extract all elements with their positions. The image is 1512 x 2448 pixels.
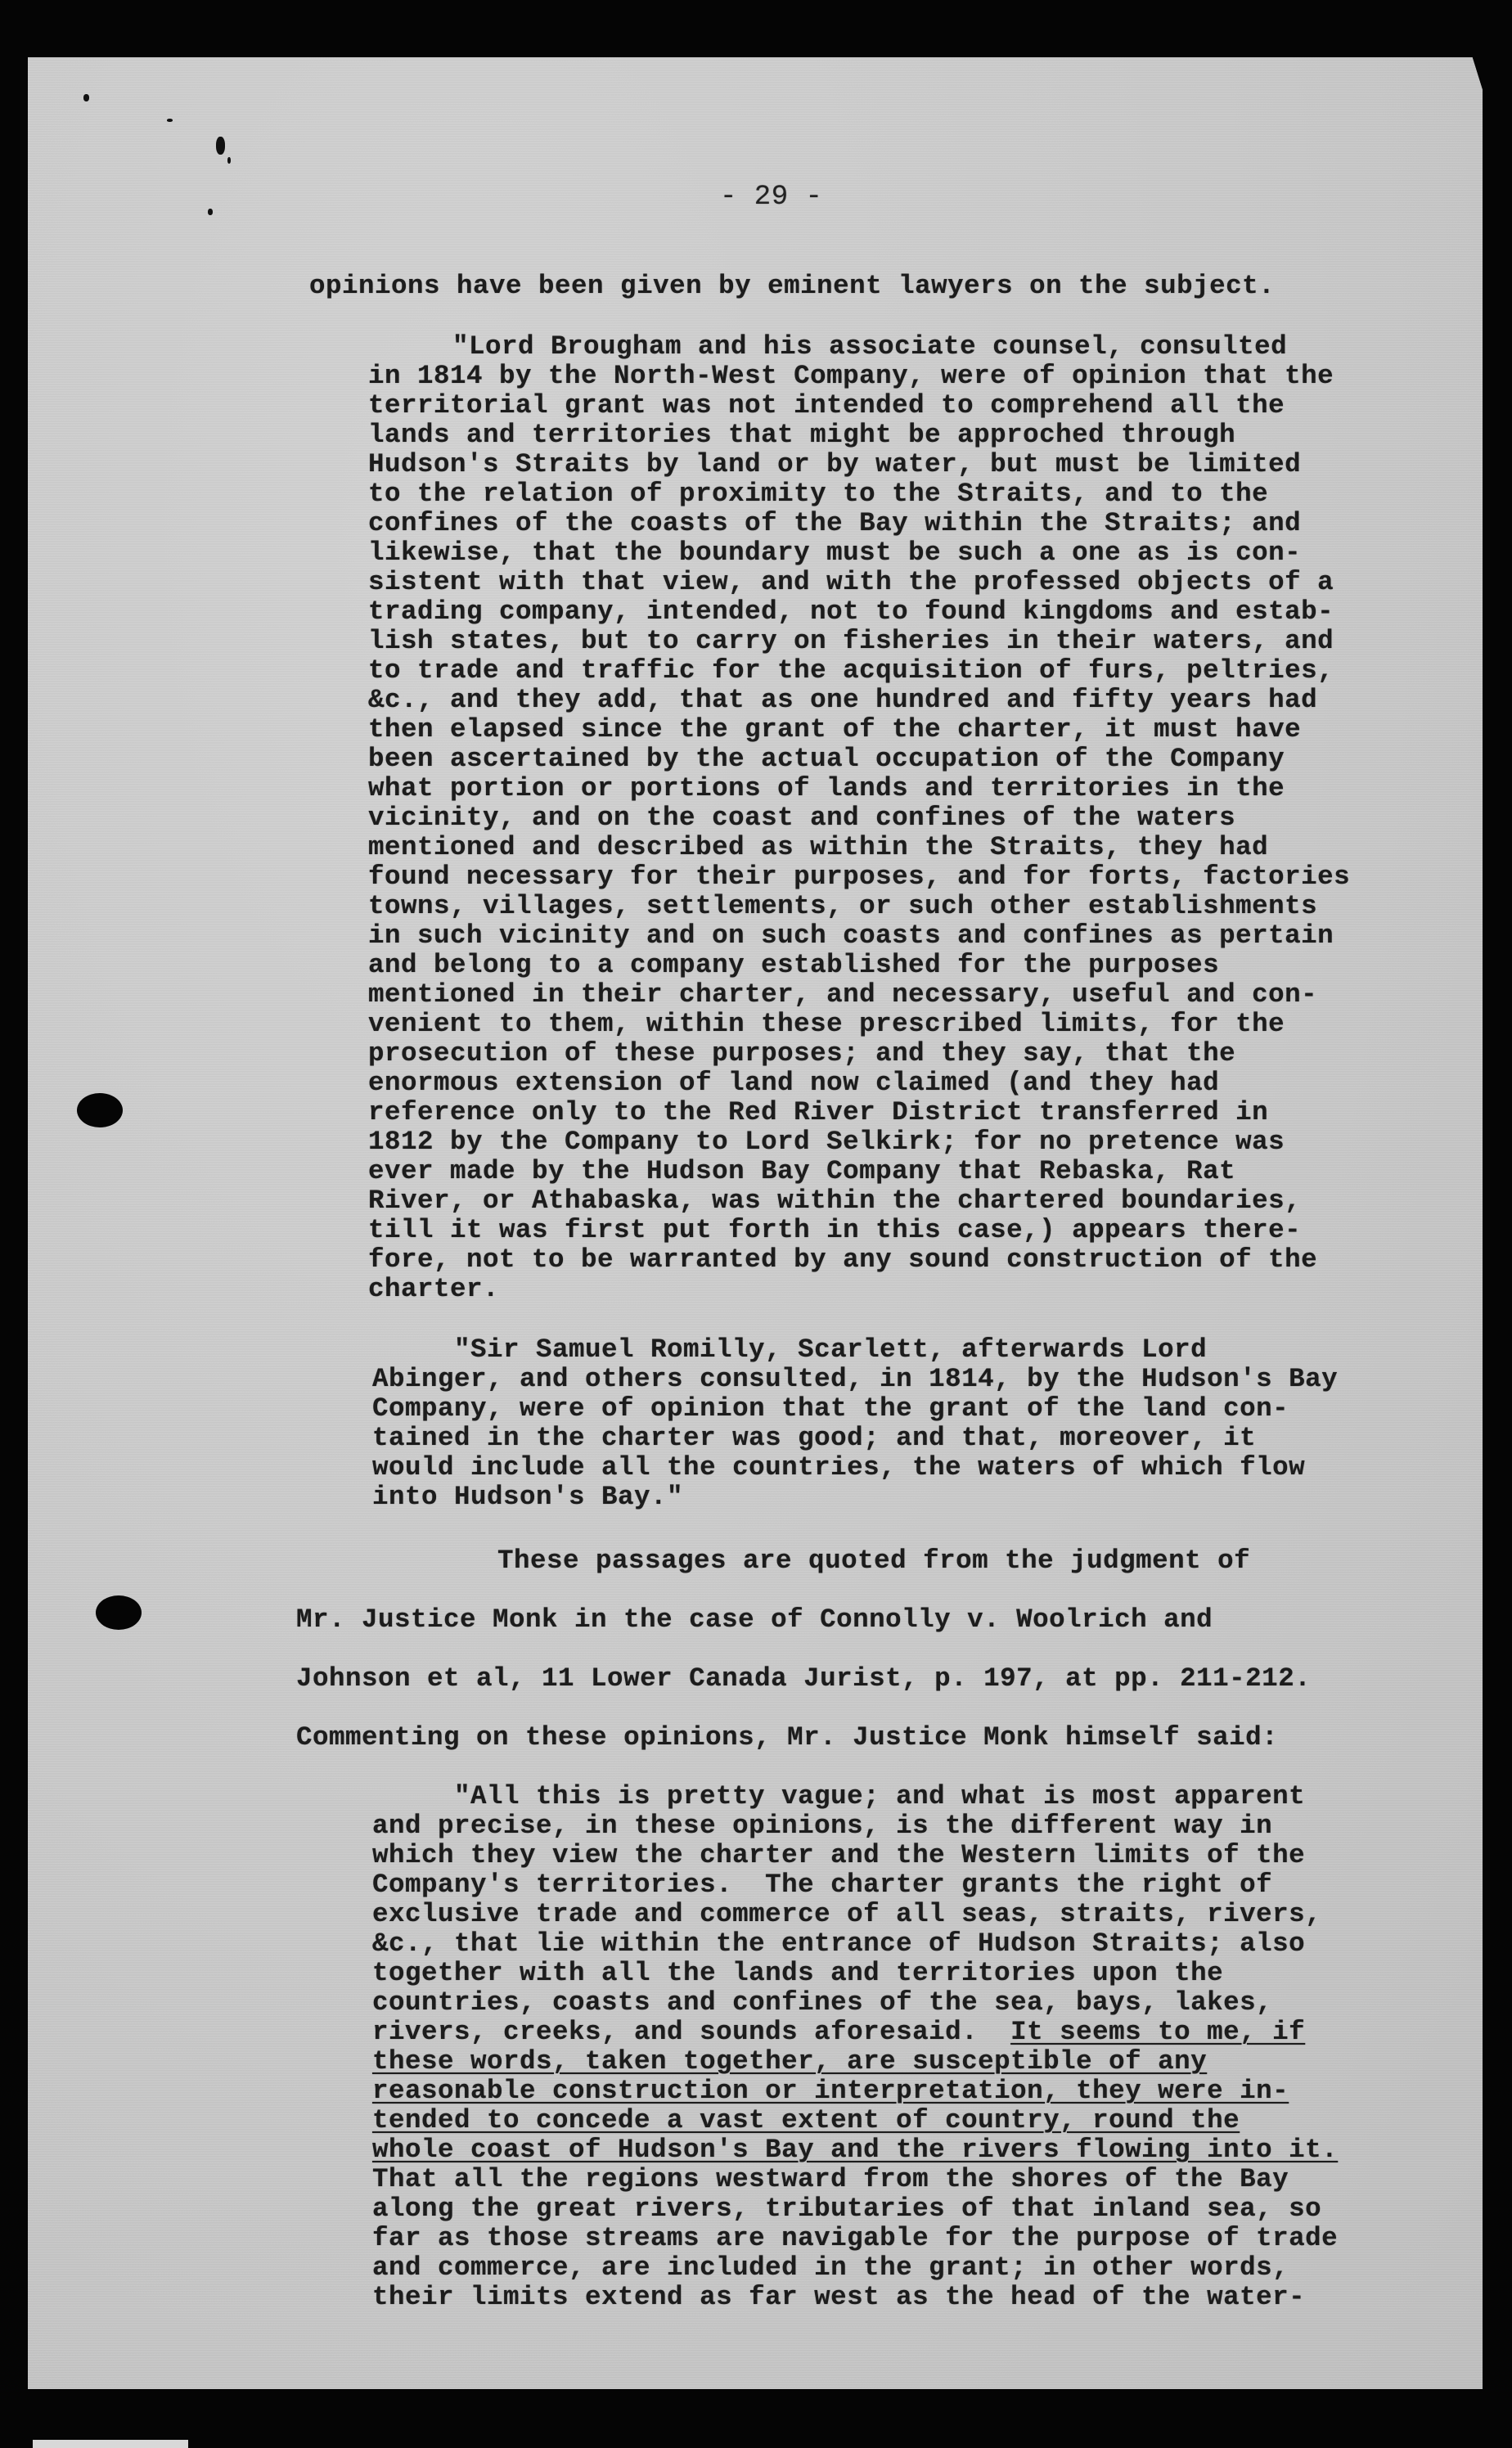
quote-line: reference only to the Red River District… [368, 1098, 1350, 1127]
underlined-quote-line: these words, taken together, are suscept… [372, 2047, 1338, 2077]
scan-speck [227, 157, 231, 164]
quote-monk: "All this is pretty vague; and what is m… [372, 1782, 1338, 2312]
quote-line: Company's territories. The charter grant… [372, 1870, 1338, 1900]
quote-line: their limits extend as far west as the h… [372, 2283, 1338, 2312]
quote-line: to trade and traffic for the acquisition… [368, 656, 1350, 686]
quote-line: Hudson's Straits by land or by water, bu… [368, 450, 1350, 479]
quote-line: That all the regions westward from the s… [372, 2165, 1338, 2194]
quote-text: rivers, creeks, and sounds aforesaid. [372, 2017, 1010, 2047]
quote-line: found necessary for their purposes, and … [368, 862, 1350, 892]
quote-line: in such vicinity and on such coasts and … [368, 921, 1350, 951]
quote-line: been ascertained by the actual occupatio… [368, 745, 1350, 774]
quote-line: &c., and they add, that as one hundred a… [368, 686, 1350, 715]
scan-speck [208, 209, 213, 215]
quote-brougham: "Lord Brougham and his associate counsel… [368, 332, 1350, 1304]
quote-line: till it was first put forth in this case… [368, 1216, 1350, 1245]
underlined-quote-line: reasonable construction or interpretatio… [372, 2077, 1338, 2106]
quote-line: far as those streams are navigable for t… [372, 2224, 1338, 2253]
quote-line: along the great rivers, tributaries of t… [372, 2194, 1338, 2224]
quote-line: venient to them, within these prescribed… [368, 1010, 1350, 1039]
scan-artifact-tab [33, 2440, 188, 2448]
quote-line: exclusive trade and commerce of all seas… [372, 1900, 1338, 1929]
quote-romilly: "Sir Samuel Romilly, Scarlett, afterward… [372, 1335, 1338, 1512]
opening-line: opinions have been given by eminent lawy… [309, 272, 1275, 301]
quote-line: which they view the charter and the West… [372, 1841, 1338, 1870]
quote-line: River, or Athabaska, was within the char… [368, 1186, 1350, 1216]
quote-line: &c., that lie within the entrance of Hud… [372, 1929, 1338, 1959]
quote-line: countries, coasts and confines of the se… [372, 1988, 1338, 2018]
scan-speck [83, 94, 89, 101]
quote-line: towns, villages, settlements, or such ot… [368, 892, 1350, 921]
punch-hole-lower [96, 1595, 142, 1630]
body-paragraph-line: These passages are quoted from the judgm… [497, 1546, 1250, 1576]
body-paragraph-line: Mr. Justice Monk in the case of Connolly… [296, 1605, 1213, 1635]
quote-line: confines of the coasts of the Bay within… [368, 509, 1350, 538]
quote-line: sistent with that view, and with the pro… [368, 568, 1350, 597]
quote-line: and commerce, are included in the grant;… [372, 2253, 1338, 2283]
quote-line: territorial grant was not intended to co… [368, 391, 1350, 421]
quote-line-mixed: rivers, creeks, and sounds aforesaid. It… [372, 2018, 1338, 2047]
quote-line: together with all the lands and territor… [372, 1959, 1338, 1988]
body-paragraph-line: Johnson et al, 11 Lower Canada Jurist, p… [296, 1664, 1311, 1694]
quote-line: enormous extension of land now claimed (… [368, 1069, 1350, 1098]
underlined-quote-line: tended to concede a vast extent of count… [372, 2106, 1338, 2135]
quote-line: "Sir Samuel Romilly, Scarlett, afterward… [372, 1335, 1338, 1365]
quote-line: fore, not to be warranted by any sound c… [368, 1245, 1350, 1275]
underlined-text: It seems to me, if [1010, 2017, 1305, 2047]
scan-speck [167, 119, 173, 122]
quote-line: trading company, intended, not to found … [368, 597, 1350, 627]
quote-line: lands and territories that might be appr… [368, 421, 1350, 450]
quote-line: then elapsed since the grant of the char… [368, 715, 1350, 745]
quote-line: mentioned and described as within the St… [368, 833, 1350, 862]
quote-line: and belong to a company established for … [368, 951, 1350, 980]
page-number: - 29 - [720, 182, 822, 213]
quote-line: Company, were of opinion that the grant … [372, 1394, 1338, 1424]
quote-line: would include all the countries, the wat… [372, 1453, 1338, 1483]
body-paragraph-line: Commenting on these opinions, Mr. Justic… [296, 1723, 1278, 1753]
quote-line: "Lord Brougham and his associate counsel… [368, 332, 1350, 362]
quote-line: vicinity, and on the coast and confines … [368, 803, 1350, 833]
quote-line: in 1814 by the North-West Company, were … [368, 362, 1350, 391]
quote-line: lish states, but to carry on fisheries i… [368, 627, 1350, 656]
quote-line: charter. [368, 1275, 1350, 1304]
quote-line: what portion or portions of lands and te… [368, 774, 1350, 803]
punch-hole-upper [77, 1093, 123, 1127]
quote-line: mentioned in their charter, and necessar… [368, 980, 1350, 1010]
quote-line: ever made by the Hudson Bay Company that… [368, 1157, 1350, 1186]
quote-line: Abinger, and others consulted, in 1814, … [372, 1365, 1338, 1394]
quote-line: "All this is pretty vague; and what is m… [372, 1782, 1338, 1811]
quote-line: and precise, in these opinions, is the d… [372, 1811, 1338, 1841]
quote-line: prosecution of these purposes; and they … [368, 1039, 1350, 1069]
quote-line: into Hudson's Bay." [372, 1483, 1338, 1512]
quote-line: to the relation of proximity to the Stra… [368, 479, 1350, 509]
quote-line: tained in the charter was good; and that… [372, 1424, 1338, 1453]
quote-line: 1812 by the Company to Lord Selkirk; for… [368, 1127, 1350, 1157]
quote-line: likewise, that the boundary must be such… [368, 538, 1350, 568]
scan-speck [216, 137, 225, 155]
underlined-quote-line: whole coast of Hudson's Bay and the rive… [372, 2135, 1338, 2165]
